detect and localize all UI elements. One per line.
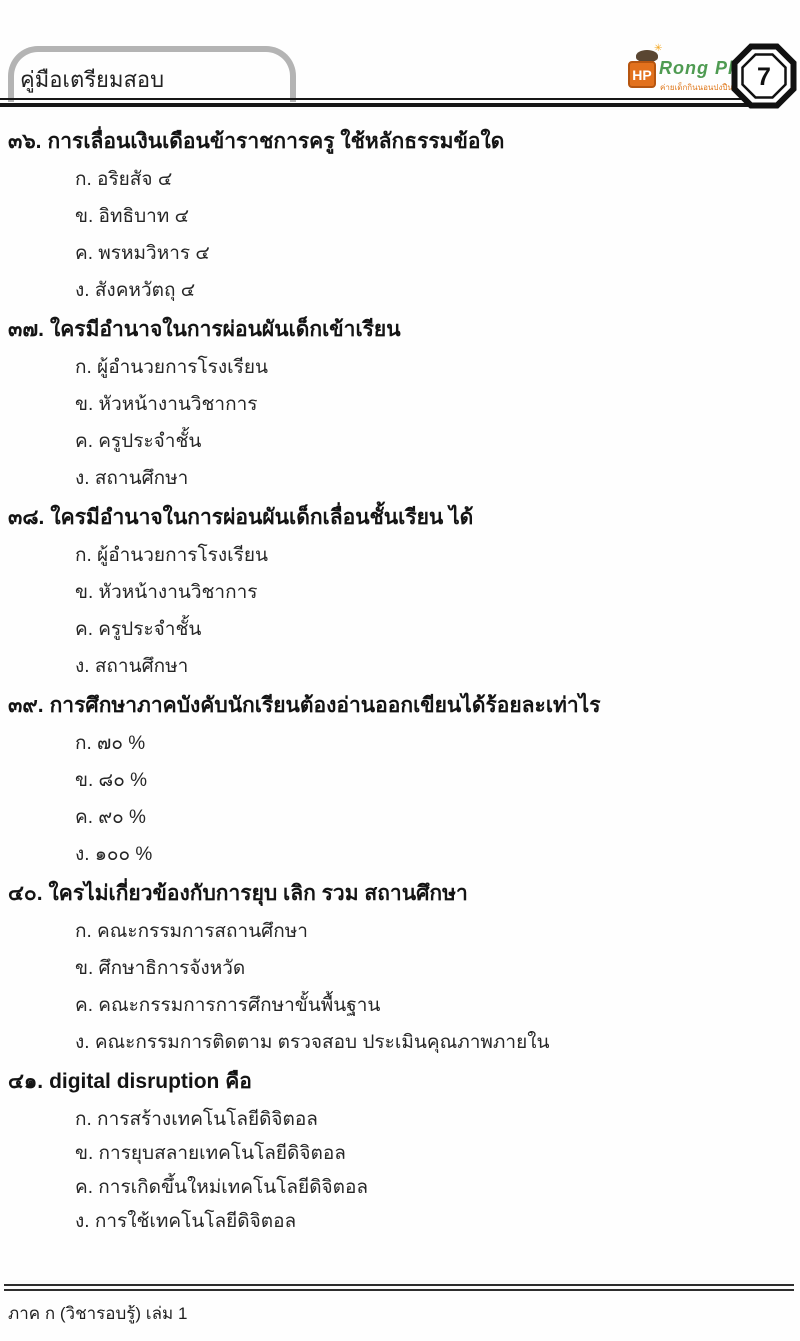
page-title: คู่มือเตรียมสอบ xyxy=(20,62,164,97)
footer-text: ภาค ก (วิชารอบรู้) เล่ม 1 xyxy=(8,1300,187,1327)
question-title: การศึกษาภาคบังคับนักเรียนต้องอ่านออกเขีย… xyxy=(50,694,601,717)
page-header: คู่มือเตรียมสอบ ✳ HP Rong Phai ค่ายเด็กก… xyxy=(0,0,800,112)
page-number-badge: 7 xyxy=(731,43,797,109)
question-title: ใครไม่เกี่ยวข้องกับการยุบ เลิก รวม สถานศ… xyxy=(49,882,468,905)
option-b: ข. อิทธิบาท ๔ xyxy=(8,203,790,230)
option-b: ข. การยุบสลายเทคโนโลยีดิจิตอล xyxy=(8,1140,790,1167)
question-37: ๓๗.ใครมีอำนาจในการผ่อนผันเด็กเข้าเรียน ก… xyxy=(8,314,790,492)
option-d: ง. การใช้เทคโนโลยีดิจิตอล xyxy=(8,1208,790,1235)
option-d: ง. สถานศึกษา xyxy=(8,653,790,680)
option-a: ก. คณะกรรมการสถานศึกษา xyxy=(8,918,790,945)
question-38: ๓๘.ใครมีอำนาจในการผ่อนผันเด็กเลื่อนชั้นเ… xyxy=(8,502,790,680)
option-c: ค. การเกิดขึ้นใหม่เทคโนโลยีดิจิตอล xyxy=(8,1174,790,1201)
option-b: ข. หัวหน้างานวิชาการ xyxy=(8,391,790,418)
question-text: ๔๑.digital disruption คือ xyxy=(8,1066,790,1097)
option-a: ก. การสร้างเทคโนโลยีดิจิตอล xyxy=(8,1106,790,1133)
question-number: ๓๖. xyxy=(8,130,42,153)
option-a: ก. อริยสัจ ๔ xyxy=(8,166,790,193)
question-40: ๔๐.ใครไม่เกี่ยวข้องกับการยุบ เลิก รวม สถ… xyxy=(8,878,790,1056)
hp-logo-icon: HP xyxy=(628,61,656,88)
option-d: ง. คณะกรรมการติดตาม ตรวจสอบ ประเมินคุณภา… xyxy=(8,1029,790,1056)
footer-divider xyxy=(4,1284,794,1291)
question-text: ๔๐.ใครไม่เกี่ยวข้องกับการยุบ เลิก รวม สถ… xyxy=(8,878,790,909)
question-number: ๔๐. xyxy=(8,882,43,905)
question-title: digital disruption คือ xyxy=(49,1070,252,1093)
question-text: ๓๘.ใครมีอำนาจในการผ่อนผันเด็กเลื่อนชั้นเ… xyxy=(8,502,790,533)
rongphai-logo: ✳ HP Rong Phai ค่ายเด็กกินนอนปงปืน xyxy=(628,48,748,100)
option-d: ง. ๑๐๐ % xyxy=(8,841,790,868)
question-39: ๓๙.การศึกษาภาคบังคับนักเรียนต้องอ่านออกเ… xyxy=(8,690,790,868)
question-41: ๔๑.digital disruption คือ ก. การสร้างเทค… xyxy=(8,1066,790,1235)
page-number: 7 xyxy=(757,63,771,91)
question-number: ๓๘. xyxy=(8,506,44,529)
option-d: ง. สถานศึกษา xyxy=(8,465,790,492)
option-c: ค. ครูประจำชั้น xyxy=(8,428,790,455)
question-title: ใครมีอำนาจในการผ่อนผันเด็กเข้าเรียน xyxy=(50,318,401,341)
question-36: ๓๖.การเลื่อนเงินเดือนข้าราชการครู ใช้หลั… xyxy=(8,126,790,304)
option-c: ค. พรหมวิหาร ๔ xyxy=(8,240,790,267)
option-c: ค. ๙๐ % xyxy=(8,804,790,831)
spark-icon: ✳ xyxy=(654,44,662,54)
octagon-icon: 7 xyxy=(731,43,797,109)
option-b: ข. ศึกษาธิการจังหวัด xyxy=(8,955,790,982)
option-b: ข. ๘๐ % xyxy=(8,767,790,794)
question-number: ๔๑. xyxy=(8,1070,43,1093)
option-a: ก. ๗๐ % xyxy=(8,730,790,757)
question-text: ๓๙.การศึกษาภาคบังคับนักเรียนต้องอ่านออกเ… xyxy=(8,690,790,721)
option-a: ก. ผู้อำนวยการโรงเรียน xyxy=(8,354,790,381)
question-number: ๓๙. xyxy=(8,694,44,717)
question-text: ๓๖.การเลื่อนเงินเดือนข้าราชการครู ใช้หลั… xyxy=(8,126,790,157)
option-d: ง. สังคหวัตถุ ๔ xyxy=(8,277,790,304)
option-c: ค. ครูประจำชั้น xyxy=(8,616,790,643)
option-b: ข. หัวหน้างานวิชาการ xyxy=(8,579,790,606)
question-title: ใครมีอำนาจในการผ่อนผันเด็กเลื่อนชั้นเรีย… xyxy=(50,506,473,529)
question-number: ๓๗. xyxy=(8,318,44,341)
option-c: ค. คณะกรรมการการศึกษาขั้นพื้นฐาน xyxy=(8,992,790,1019)
brand-tagline: ค่ายเด็กกินนอนปงปืน xyxy=(660,81,733,94)
question-title: การเลื่อนเงินเดือนข้าราชการครู ใช้หลักธร… xyxy=(48,130,505,153)
question-text: ๓๗.ใครมีอำนาจในการผ่อนผันเด็กเข้าเรียน xyxy=(8,314,790,345)
option-a: ก. ผู้อำนวยการโรงเรียน xyxy=(8,542,790,569)
questions-list: ๓๖.การเลื่อนเงินเดือนข้าราชการครู ใช้หลั… xyxy=(0,112,800,1235)
